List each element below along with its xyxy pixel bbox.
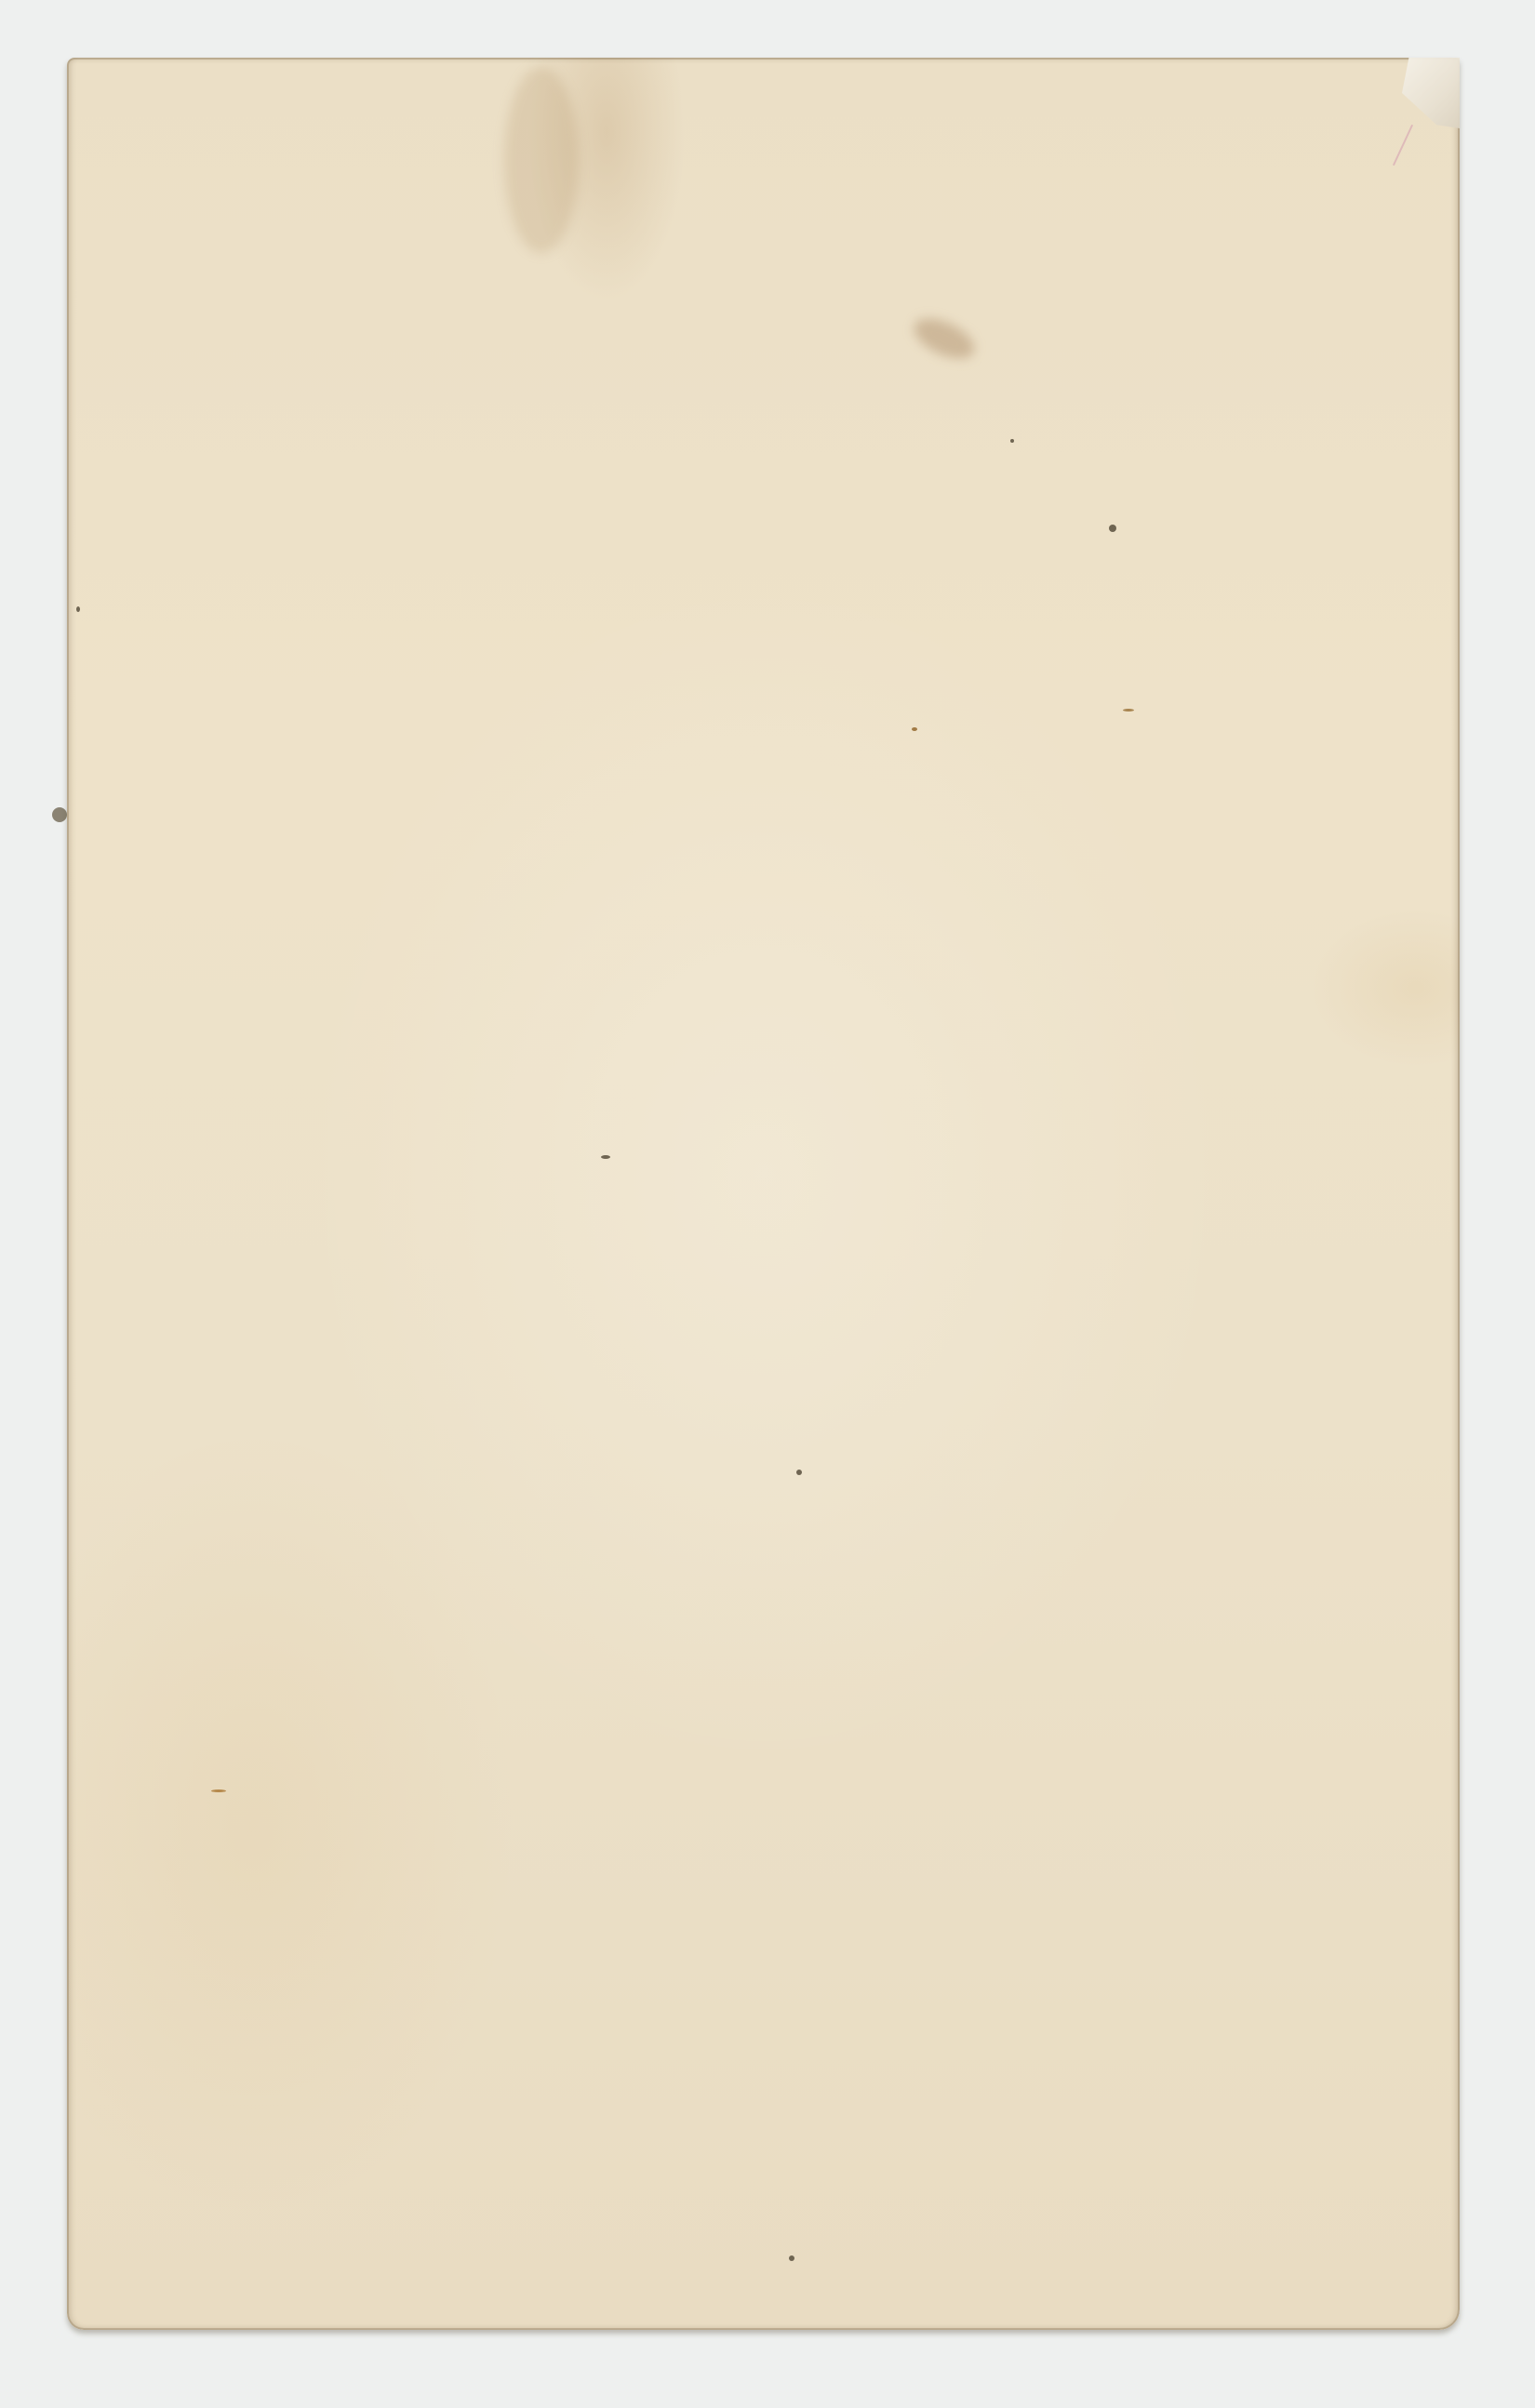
speck bbox=[796, 1470, 802, 1475]
foxing-stain bbox=[908, 311, 981, 366]
speck bbox=[76, 606, 80, 612]
speck bbox=[912, 727, 917, 731]
dust-speck bbox=[52, 807, 67, 822]
speck bbox=[789, 2255, 794, 2261]
speck bbox=[601, 1155, 610, 1159]
paper-fiber bbox=[1393, 125, 1413, 166]
speck bbox=[1123, 709, 1134, 712]
speck bbox=[1010, 439, 1014, 443]
torn-corner bbox=[1402, 58, 1460, 128]
card-back bbox=[67, 58, 1460, 2330]
speck bbox=[211, 1789, 226, 1792]
foxing-stain bbox=[504, 67, 579, 253]
speck bbox=[1109, 525, 1116, 532]
